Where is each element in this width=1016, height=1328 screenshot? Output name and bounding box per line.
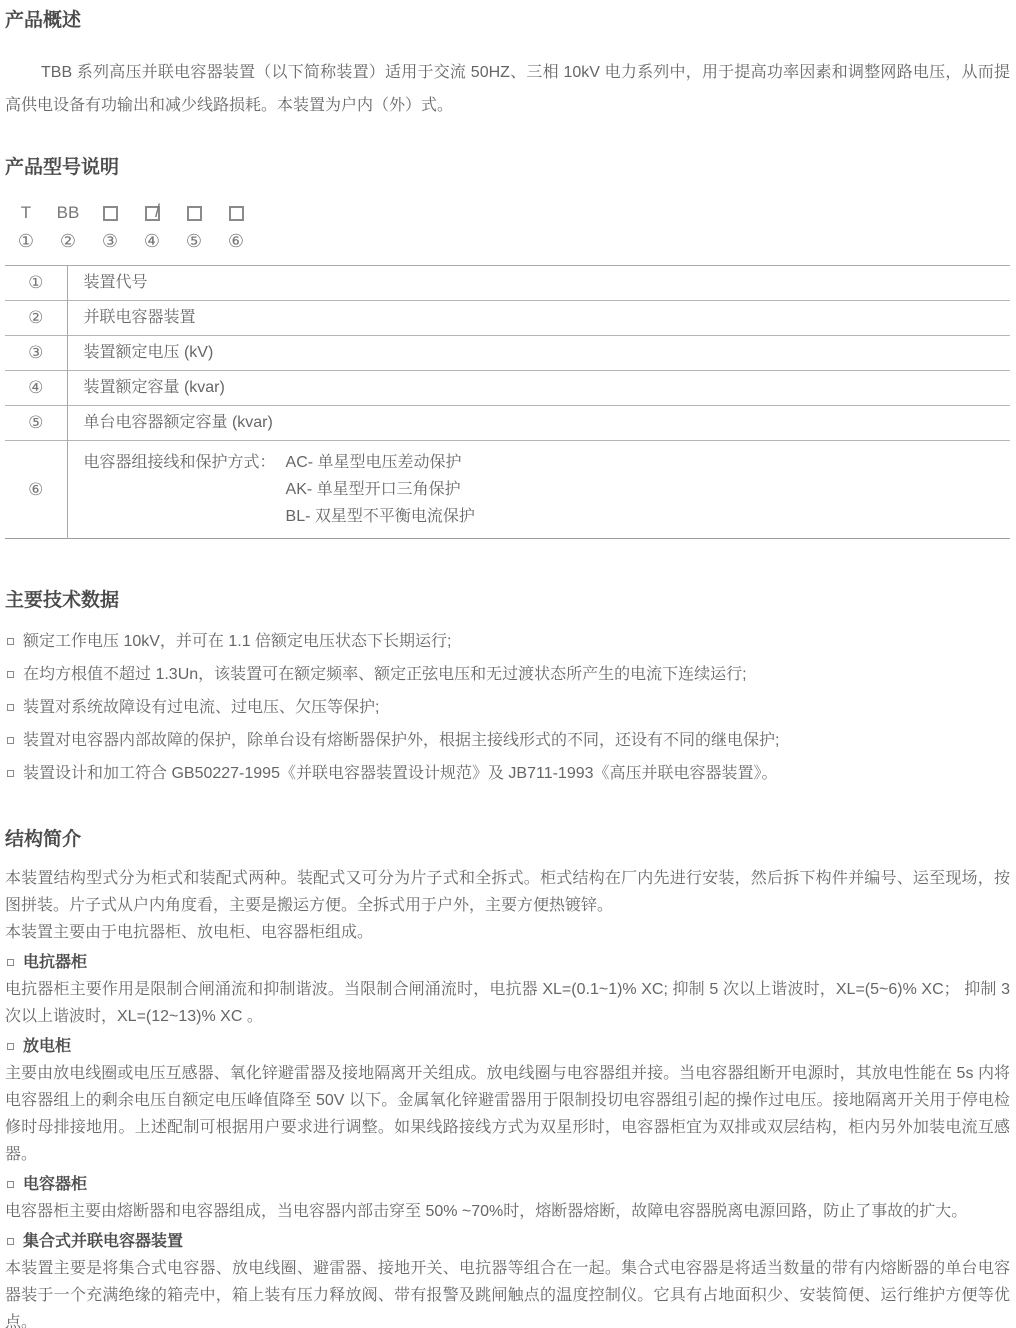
subsection-heading: 放电柜 xyxy=(5,1033,1010,1060)
model-circle-row: ① ② ③ ④ ⑤ ⑥ xyxy=(5,227,1010,256)
section-technical-data: 主要技术数据 额定工作电压 10kV，并可在 1.1 倍额定电压状态下长期运行;… xyxy=(5,588,1010,790)
tech-item-text: 装置对电容器内部故障的保护，除单台设有熔断器保护外，根据主接线形式的不同，还设有… xyxy=(23,724,779,757)
subsection-heading: 集合式并联电容器装置 xyxy=(5,1228,1010,1255)
table-row: ④ 装置额定容量 (kvar) xyxy=(5,371,1010,406)
bullet-square-icon xyxy=(7,959,14,966)
circled-number: ④ xyxy=(131,231,173,252)
placeholder-box-icon xyxy=(215,203,257,223)
tech-list: 额定工作电压 10kV，并可在 1.1 倍额定电压状态下长期运行; 在均方根值不… xyxy=(5,625,1010,790)
table-row: ⑤ 单台电容器额定容量 (kvar) xyxy=(5,406,1010,441)
protection-options: AC- 单星型电压差动保护 AK- 单星型开口三角保护 BL- 双星型不平衡电流… xyxy=(286,449,475,530)
model-slash: / xyxy=(155,201,160,222)
row-description: 装置额定容量 (kvar) xyxy=(67,371,1010,406)
row-number: ⑤ xyxy=(5,406,67,441)
model-code-letter: T xyxy=(5,203,47,223)
section-model: 产品型号说明 T BB / ① ② ③ ④ ⑤ ⑥ ① xyxy=(5,155,1010,539)
tech-item: 装置对电容器内部故障的保护，除单台设有熔断器保护外，根据主接线形式的不同，还设有… xyxy=(5,724,1010,757)
row-number: ② xyxy=(5,301,67,336)
table-row: ③ 装置额定电压 (kV) xyxy=(5,336,1010,371)
structure-paragraph: 本装置主要由于电抗器柜、放电柜、电容器柜组成。 xyxy=(5,919,1010,946)
subsection-body: 电抗器柜主要作用是限制合闸涌流和抑制谐波。当限制合闸涌流时，电抗器 XL=(0.… xyxy=(5,976,1010,1030)
tech-title: 主要技术数据 xyxy=(5,588,1010,614)
circled-number: ② xyxy=(47,231,89,252)
subsection-heading-text: 集合式并联电容器装置 xyxy=(23,1228,183,1255)
subsection-reactor-cabinet: 电抗器柜 电抗器柜主要作用是限制合闸涌流和抑制谐波。当限制合闸涌流时，电抗器 X… xyxy=(5,949,1010,1030)
circled-number: ⑤ xyxy=(173,231,215,252)
protection-label: 电容器组接线和保护方式： xyxy=(84,449,276,476)
row-description: 装置代号 xyxy=(67,266,1010,301)
section-overview: 产品概述 TBB 系列高压并联电容器装置（以下简称装置）适用于交流 50HZ、三… xyxy=(5,8,1010,122)
circled-number: ⑥ xyxy=(215,231,257,252)
bullet-square-icon xyxy=(7,638,14,645)
tech-item-text: 装置对系统故障设有过电流、过电压、欠压等保护; xyxy=(23,691,379,724)
overview-paragraph: TBB 系列高压并联电容器装置（以下简称装置）适用于交流 50HZ、三相 10k… xyxy=(5,56,1010,122)
bullet-square-icon xyxy=(7,704,14,711)
structure-title: 结构简介 xyxy=(5,827,1010,853)
bullet-square-icon xyxy=(7,1043,14,1050)
subsection-heading-text: 放电柜 xyxy=(23,1033,71,1060)
bullet-square-icon xyxy=(7,737,14,744)
tech-item: 额定工作电压 10kV，并可在 1.1 倍额定电压状态下长期运行; xyxy=(5,625,1010,658)
bullet-square-icon xyxy=(7,671,14,678)
row-description: 装置额定电压 (kV) xyxy=(67,336,1010,371)
protection-option: BL- 双星型不平衡电流保护 xyxy=(286,503,475,530)
model-code-letter: BB xyxy=(47,203,89,223)
tech-item: 装置对系统故障设有过电流、过电压、欠压等保护; xyxy=(5,691,1010,724)
model-table: ① 装置代号 ② 并联电容器装置 ③ 装置额定电压 (kV) ④ 装置额定容量 … xyxy=(5,265,1010,539)
subsection-discharge-cabinet: 放电柜 主要由放电线圈或电压互感器、氧化锌避雷器及接地隔离开关组成。放电线圈与电… xyxy=(5,1033,1010,1168)
placeholder-box-icon xyxy=(89,203,131,223)
bullet-square-icon xyxy=(7,1181,14,1188)
subsection-heading-text: 电容器柜 xyxy=(23,1171,87,1198)
tech-item: 在均方根值不超过 1.3Un，该装置可在额定频率、额定正弦电压和无过渡状态所产生… xyxy=(5,658,1010,691)
section-structure: 结构简介 本装置结构型式分为柜式和装配式两种。装配式又可分为片子式和全拆式。柜式… xyxy=(5,827,1010,1328)
subsection-capacitor-cabinet: 电容器柜 电容器柜主要由熔断器和电容器组成，当电容器内部击穿至 50% ~70%… xyxy=(5,1171,1010,1225)
row-number: ⑥ xyxy=(5,441,67,539)
protection-block: 电容器组接线和保护方式： AC- 单星型电压差动保护 AK- 单星型开口三角保护… xyxy=(84,447,1011,532)
subsection-body: 电容器柜主要由熔断器和电容器组成，当电容器内部击穿至 50% ~70%时，熔断器… xyxy=(5,1198,1010,1225)
model-title: 产品型号说明 xyxy=(5,155,1010,181)
tech-item-text: 在均方根值不超过 1.3Un，该装置可在额定频率、额定正弦电压和无过渡状态所产生… xyxy=(23,658,747,691)
overview-title: 产品概述 xyxy=(5,8,1010,34)
row-number: ③ xyxy=(5,336,67,371)
subsection-heading-text: 电抗器柜 xyxy=(23,949,87,976)
bullet-square-icon xyxy=(7,1238,14,1245)
tech-item: 装置设计和加工符合 GB50227-1995《并联电容器装置设计规范》及 JB7… xyxy=(5,757,1010,790)
subsection-heading: 电抗器柜 xyxy=(5,949,1010,976)
row-description: 电容器组接线和保护方式： AC- 单星型电压差动保护 AK- 单星型开口三角保护… xyxy=(67,441,1010,539)
model-code-row: T BB / xyxy=(5,198,1010,227)
subsection-collective-device: 集合式并联电容器装置 本装置主要是将集合式电容器、放电线圈、避雷器、接地开关、电… xyxy=(5,1228,1010,1328)
subsection-body: 本装置主要是将集合式电容器、放电线圈、避雷器、接地开关、电抗器等组合在一起。集合… xyxy=(5,1255,1010,1328)
row-number: ④ xyxy=(5,371,67,406)
model-code-diagram: T BB / ① ② ③ ④ ⑤ ⑥ xyxy=(5,198,1010,256)
row-number: ① xyxy=(5,266,67,301)
circled-number: ③ xyxy=(89,231,131,252)
row-description: 单台电容器额定容量 (kvar) xyxy=(67,406,1010,441)
circled-number: ① xyxy=(5,231,47,252)
table-row: ① 装置代号 xyxy=(5,266,1010,301)
protection-option: AC- 单星型电压差动保护 xyxy=(286,449,475,476)
tech-item-text: 额定工作电压 10kV，并可在 1.1 倍额定电压状态下长期运行; xyxy=(23,625,452,658)
subsection-body: 主要由放电线圈或电压互感器、氧化锌避雷器及接地隔离开关组成。放电线圈与电容器组并… xyxy=(5,1060,1010,1168)
table-row: ② 并联电容器装置 xyxy=(5,301,1010,336)
placeholder-box-icon xyxy=(173,203,215,223)
subsection-heading: 电容器柜 xyxy=(5,1171,1010,1198)
table-row: ⑥ 电容器组接线和保护方式： AC- 单星型电压差动保护 AK- 单星型开口三角… xyxy=(5,441,1010,539)
tech-item-text: 装置设计和加工符合 GB50227-1995《并联电容器装置设计规范》及 JB7… xyxy=(23,757,778,790)
protection-option: AK- 单星型开口三角保护 xyxy=(286,476,475,503)
document-page: 产品概述 TBB 系列高压并联电容器装置（以下简称装置）适用于交流 50HZ、三… xyxy=(0,0,1016,1328)
structure-paragraph: 本装置结构型式分为柜式和装配式两种。装配式又可分为片子式和全拆式。柜式结构在厂内… xyxy=(5,865,1010,919)
bullet-square-icon xyxy=(7,770,14,777)
row-description: 并联电容器装置 xyxy=(67,301,1010,336)
placeholder-box-icon xyxy=(131,203,173,223)
